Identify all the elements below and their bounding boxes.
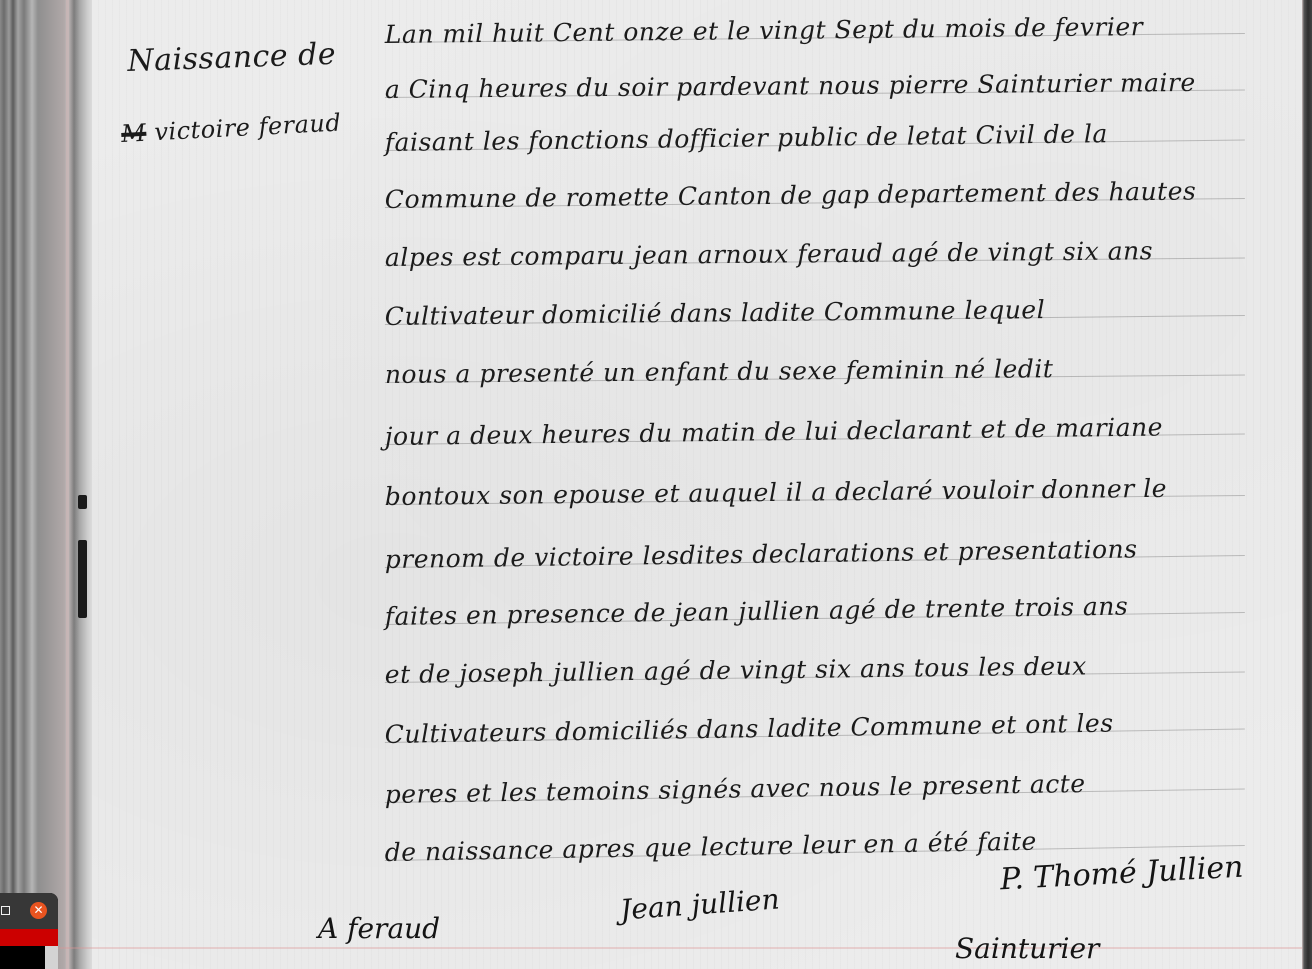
selection-guide-line: [0, 947, 1302, 949]
document-viewer: Naissance de M victoire feraud Lan mil h…: [0, 0, 1312, 969]
window-red-bar: [0, 929, 58, 946]
signature-mayor: Sainturier: [955, 932, 1099, 965]
margin-title: Naissance de: [127, 37, 337, 79]
right-page-edge: [1302, 0, 1312, 969]
window-scrollbar[interactable]: [45, 946, 58, 969]
window-body: [0, 946, 58, 969]
signature-father: A feraud: [318, 912, 440, 945]
maximize-icon[interactable]: [1, 906, 10, 915]
struck-initial: M: [121, 119, 148, 148]
binding-mark: [78, 540, 87, 618]
window-widget: ✕: [0, 893, 58, 969]
close-icon[interactable]: ✕: [30, 902, 47, 919]
window-titlebar[interactable]: ✕: [0, 893, 58, 929]
binding-mark: [78, 495, 87, 509]
book-binding-edge: [0, 0, 92, 969]
binding-guide-line: [66, 0, 69, 969]
